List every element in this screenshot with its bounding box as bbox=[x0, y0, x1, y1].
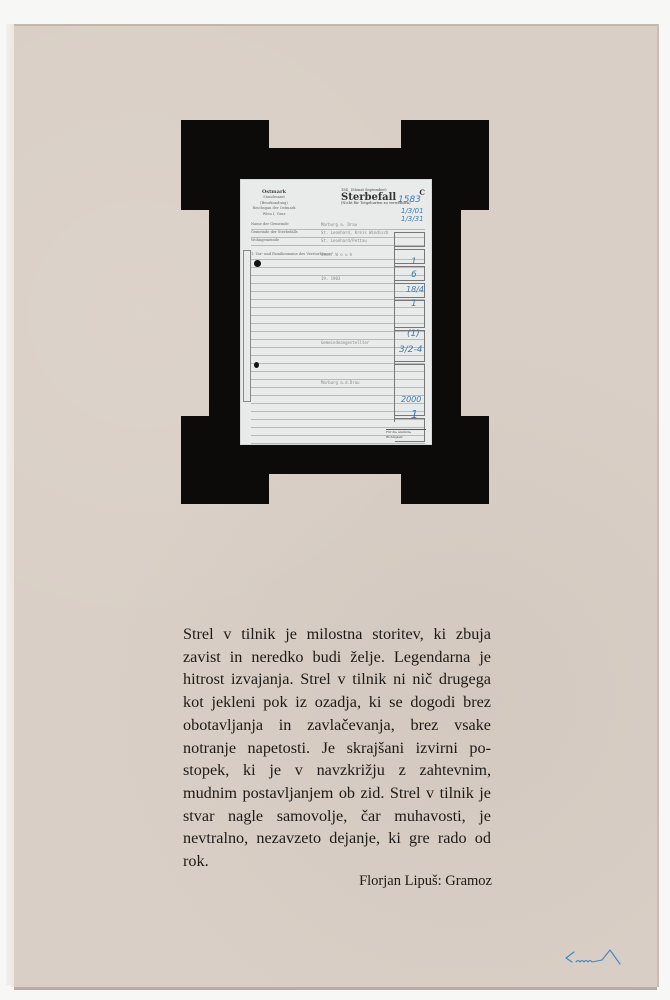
quote-line: mudnim postavljanjem ob zid. Strel v til… bbox=[183, 782, 491, 805]
handwritten-number: 1 bbox=[411, 302, 417, 307]
field-value: Josef W o u k bbox=[321, 252, 352, 257]
panel-side-edge bbox=[6, 24, 14, 985]
number-box bbox=[395, 300, 425, 328]
quote-line: stvar nagle samovolje, čar muhavosti, je bbox=[183, 805, 491, 828]
side-strip bbox=[243, 250, 251, 402]
field-value: Gemeindeangestellter bbox=[321, 340, 369, 345]
field-value: Marburg a.d.Drau bbox=[321, 380, 360, 385]
field-label: 1. Vor- und Familienname des Verstorbene… bbox=[251, 252, 331, 256]
handwritten-number: 18/4 bbox=[406, 287, 424, 292]
handwritten-number: 1/3/31 bbox=[401, 217, 424, 222]
punch-hole bbox=[254, 260, 261, 267]
document-footer-stamp: Für die amtliche Richtigkeit bbox=[386, 429, 426, 440]
number-box bbox=[395, 364, 425, 416]
issuer-line: Wien I, Graz bbox=[251, 212, 297, 217]
quote-line: zavist in neredko budi želje. Legendarna… bbox=[183, 646, 491, 669]
punch-hole bbox=[254, 362, 259, 368]
handwritten-number: 3/2-4 bbox=[399, 348, 422, 353]
field-value: St. Leonhard, Kreis Windisch bbox=[321, 230, 388, 235]
quote-line: hitrost izvajanja. Strel v tilnik ni nič… bbox=[183, 668, 491, 691]
quote-line: rok. bbox=[183, 850, 491, 873]
handwritten-number: 1583 bbox=[398, 198, 421, 203]
field-label: Name der Gemeinde bbox=[251, 222, 289, 226]
handwritten-number: 6 bbox=[411, 273, 417, 278]
issuer-line: Standesamt (Beurkundung) bbox=[251, 195, 297, 206]
quote-text: Strel v tilnik je milostna storitev, ki … bbox=[183, 623, 491, 873]
issuer-line: Reichsgau der Ostmark bbox=[251, 206, 297, 211]
document-issuer: Ostmark Standesamt (Beurkundung) Reichsg… bbox=[251, 190, 297, 217]
number-box bbox=[395, 249, 425, 264]
quote-line: nevtralno, nezavzeto dejanje, ki gre rad… bbox=[183, 827, 491, 850]
artist-signature bbox=[562, 940, 632, 970]
field-label: Gemeinde der Sterbefalls bbox=[251, 230, 298, 234]
quote-line: Strel v tilnik je milostna storitev, ki … bbox=[183, 623, 491, 646]
handwritten-number: 2000 bbox=[401, 397, 421, 402]
field-value: 19. 1903 bbox=[321, 276, 340, 281]
quote-line: obotavljanja in zavlačevanja, brez vsake bbox=[183, 714, 491, 737]
signature-icon bbox=[562, 940, 632, 970]
quote-line: stopek, ki je v navzkrižju z zahtevnim, bbox=[183, 759, 491, 782]
handwritten-number: (1) bbox=[407, 332, 420, 337]
number-boxes bbox=[394, 232, 425, 422]
handwritten-number: 1 bbox=[411, 260, 417, 265]
field-value: Marburg a. Drau bbox=[321, 222, 357, 227]
handwritten-number: 1/3/01 bbox=[401, 209, 424, 214]
number-box bbox=[395, 266, 425, 281]
quote-attribution: Florjan Lipuš: Gramoz bbox=[300, 873, 492, 890]
number-box bbox=[395, 232, 425, 247]
quote-line: notranje napetosti. Je skrajšani izvirni… bbox=[183, 737, 491, 760]
death-record-document: Ostmark Standesamt (Beurkundung) Reichsg… bbox=[241, 180, 431, 444]
field-value: St. Leonhard/Pettau bbox=[321, 238, 367, 243]
quote-line: kot jekleni pok iz ozadja, ki se dogodi … bbox=[183, 691, 491, 714]
handwritten-number: 1 bbox=[411, 412, 418, 417]
field-row: Name der GemeindeMarburg a. Drau bbox=[251, 222, 425, 230]
field-label: Wohngemeinde bbox=[251, 238, 279, 242]
